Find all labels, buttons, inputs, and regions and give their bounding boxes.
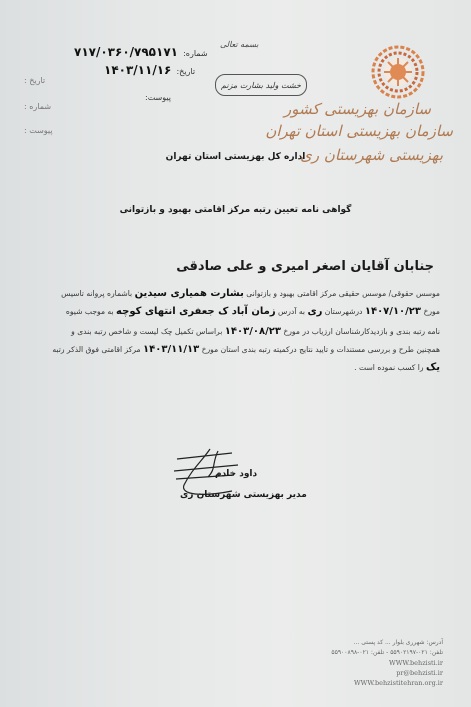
footer-website-1[interactable]: WWW.behzisti.ir — [331, 658, 443, 668]
address: زمان آباد ک جعفری انتهای کوچه — [116, 306, 276, 317]
org-name-province: سازمان بهزیستی استان تهران — [265, 122, 453, 140]
body-line-5: یک را کسب نموده است . — [354, 362, 440, 373]
body-line-2: مورخ ۱۴۰۷/۱۰/۲۳ درشهرستان ری به آدرس زما… — [66, 306, 440, 317]
bismillah-text: بسمه تعالی — [220, 40, 258, 49]
city: ری — [307, 306, 322, 317]
inspection-date: ۱۴۰۳/۰۸/۲۳ — [225, 326, 281, 337]
behzisti-logo-icon — [368, 42, 428, 102]
body-line-4: همچنین طرح و بررسی مستندات و تایید نتایج… — [52, 344, 440, 355]
footer-phone: تلفن: ۰۲۱-۵۵۹۰۲۱۹۷ - تلفن: ۰۲۱-۵۵۹۰۰۸۹۸ — [331, 648, 443, 658]
department-heading: اداره کل بهزیستی استان تهران — [0, 152, 471, 162]
letter-number: شماره: ۷۱۷/۰۳۶۰/۷۹۵۱۷۱ — [70, 41, 208, 60]
signer-title: مدیر بهزیستی شهرستان ری — [180, 490, 307, 500]
stamp-box: خشت ولید بشارت مزنم — [215, 74, 307, 96]
rank: یک — [426, 362, 440, 373]
letter-date: تاریخ: ۱۴۰۳/۱۱/۱۶ — [100, 59, 195, 78]
footer-contact: آدرس: شهرری بلوار ... کد پستی ... تلفن: … — [331, 638, 443, 688]
faint-date-label: تاریخ : — [24, 76, 45, 85]
committee-date: ۱۴۰۳/۱۱/۱۳ — [143, 344, 199, 355]
org-name-country: سازمان بهزیستی کشور — [284, 100, 431, 118]
faint-attachment-label: پیوست : — [24, 126, 53, 135]
body-line-1: موسس حقوقی/ موسس حقیقی مرکز اقامتی بهبود… — [61, 288, 440, 299]
letter-page: سازمان بهزیستی کشور سازمان بهزیستی استان… — [0, 0, 471, 707]
footer-address: آدرس: شهرری بلوار ... کد پستی ... — [331, 638, 443, 648]
letter-attachment: پیوست: — [145, 85, 171, 104]
center-name: بشارت همیاری سیدین — [135, 288, 244, 299]
faint-number-label: شماره : — [24, 102, 51, 111]
footer-email[interactable]: pr@behzisti.ir — [331, 668, 443, 678]
certificate-title: گواهی نامه تعیین رتبه مرکز اقامتی بهبود … — [0, 205, 471, 215]
signer-name: داود خادم — [215, 469, 257, 479]
addressee: جنابان آقایان اصغر امیری و علی صادقی — [176, 259, 434, 274]
body-line-3: نامه رتبه بندی و بازدیدکارشناسان ارزیاب … — [71, 326, 440, 337]
footer-website-2[interactable]: WWW.behzistitehran.org.ir — [331, 678, 443, 688]
license-date: ۱۴۰۷/۱۰/۲۳ — [365, 306, 421, 317]
